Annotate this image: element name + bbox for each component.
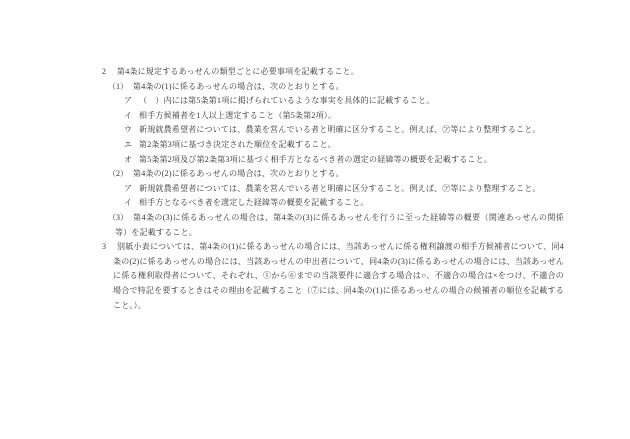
item-3-number: （3） <box>108 211 133 226</box>
item-2-sub-a-text: 新規就農希望者については、農業を営んでいる者と明確に区分すること。例えば、㋐等に… <box>139 184 541 193</box>
item-1-sub-a-text: （ ）内には第5条第1項に掲げられているような事実を具体的に記載すること。 <box>139 96 434 105</box>
section-2-heading: 2第4条に規定するあっせんの類型ごとに必要事項を記載すること。 <box>102 65 564 80</box>
item-1-sub-o-text: 第5条第2項及び第2条第3項に基づく相手方となるべき者の選定の経緯等の概要を記載… <box>139 155 492 164</box>
item-1-sub-a-marker: ア <box>124 94 139 109</box>
item-2-number: （2） <box>108 167 133 182</box>
item-2-sub-i: イ相手方となるべき者を選定した経緯等の概要を記載すること。 <box>124 196 564 211</box>
item-2-heading: （2）第4条の(2)に係るあっせんの場合は、次のとおりとする。 <box>108 167 564 182</box>
item-1-sub-e: エ第2条第3項に基づき決定された順位を記載すること。 <box>124 138 564 153</box>
item-2-sub-i-text: 相手方となるべき者を選定した経緯等の概要を記載すること。 <box>139 198 369 207</box>
section-3-number: 3 <box>102 240 117 255</box>
item-1-sub-a: ア（ ）内には第5条第1項に掲げられているような事実を具体的に記載すること。 <box>124 94 564 109</box>
section-3-paragraph: 3別紙小表については、第4条の(1)に係るあっせんの場合には、当該あっせんに係る… <box>102 240 564 313</box>
item-2-sub-i-marker: イ <box>124 196 139 211</box>
item-1-sub-o: オ第5条第2項及び第2条第3項に基づく相手方となるべき者の選定の経緯等の概要を記… <box>124 153 564 168</box>
item-1-sub-e-text: 第2条第3項に基づき決定された順位を記載すること。 <box>139 140 336 149</box>
section-2-number: 2 <box>102 65 117 80</box>
item-1-sub-u-text: 新規就農希望者については、農業を営んでいる者と明確に区分すること。例えば、㋐等に… <box>139 125 541 134</box>
item-3-heading: （3）第4条の(3)に係るあっせんの場合は、第4条の(3)に係るあっせんを行うに… <box>108 211 564 240</box>
section-3-text: 別紙小表については、第4条の(1)に係るあっせんの場合には、当該あっせんに係る権… <box>113 242 564 309</box>
item-3-text: 第4条の(3)に係るあっせんの場合は、第4条の(3)に係るあっせんを行うに至った… <box>115 213 564 237</box>
document-text-block: 2第4条に規定するあっせんの類型ごとに必要事項を記載すること。 （1）第4条の(… <box>102 65 564 313</box>
document-page: 2第4条に規定するあっせんの類型ごとに必要事項を記載すること。 （1）第4条の(… <box>0 0 630 439</box>
item-2-text: 第4条の(2)に係るあっせんの場合は、次のとおりとする。 <box>133 169 344 178</box>
item-2-sub-a-marker: ア <box>124 182 139 197</box>
item-1-number: （1） <box>108 80 133 95</box>
item-2-sub-a: ア新規就農希望者については、農業を営んでいる者と明確に区分すること。例えば、㋐等… <box>124 182 564 197</box>
item-1-sub-i-marker: イ <box>124 109 139 124</box>
item-1-sub-u: ウ新規就農希望者については、農業を営んでいる者と明確に区分すること。例えば、㋐等… <box>124 123 564 138</box>
item-1-sub-e-marker: エ <box>124 138 139 153</box>
item-1-sub-i: イ相手方候補者を1人以上選定すること（第5条第2項）。 <box>124 109 564 124</box>
item-1-text: 第4条の(1)に係るあっせんの場合は、次のとおりとする。 <box>133 82 344 91</box>
item-1-sub-o-marker: オ <box>124 153 139 168</box>
item-1-sub-u-marker: ウ <box>124 123 139 138</box>
item-1-heading: （1）第4条の(1)に係るあっせんの場合は、次のとおりとする。 <box>108 80 564 95</box>
item-1-sub-i-text: 相手方候補者を1人以上選定すること（第5条第2項）。 <box>139 111 336 120</box>
section-2-text: 第4条に規定するあっせんの類型ごとに必要事項を記載すること。 <box>117 67 359 76</box>
